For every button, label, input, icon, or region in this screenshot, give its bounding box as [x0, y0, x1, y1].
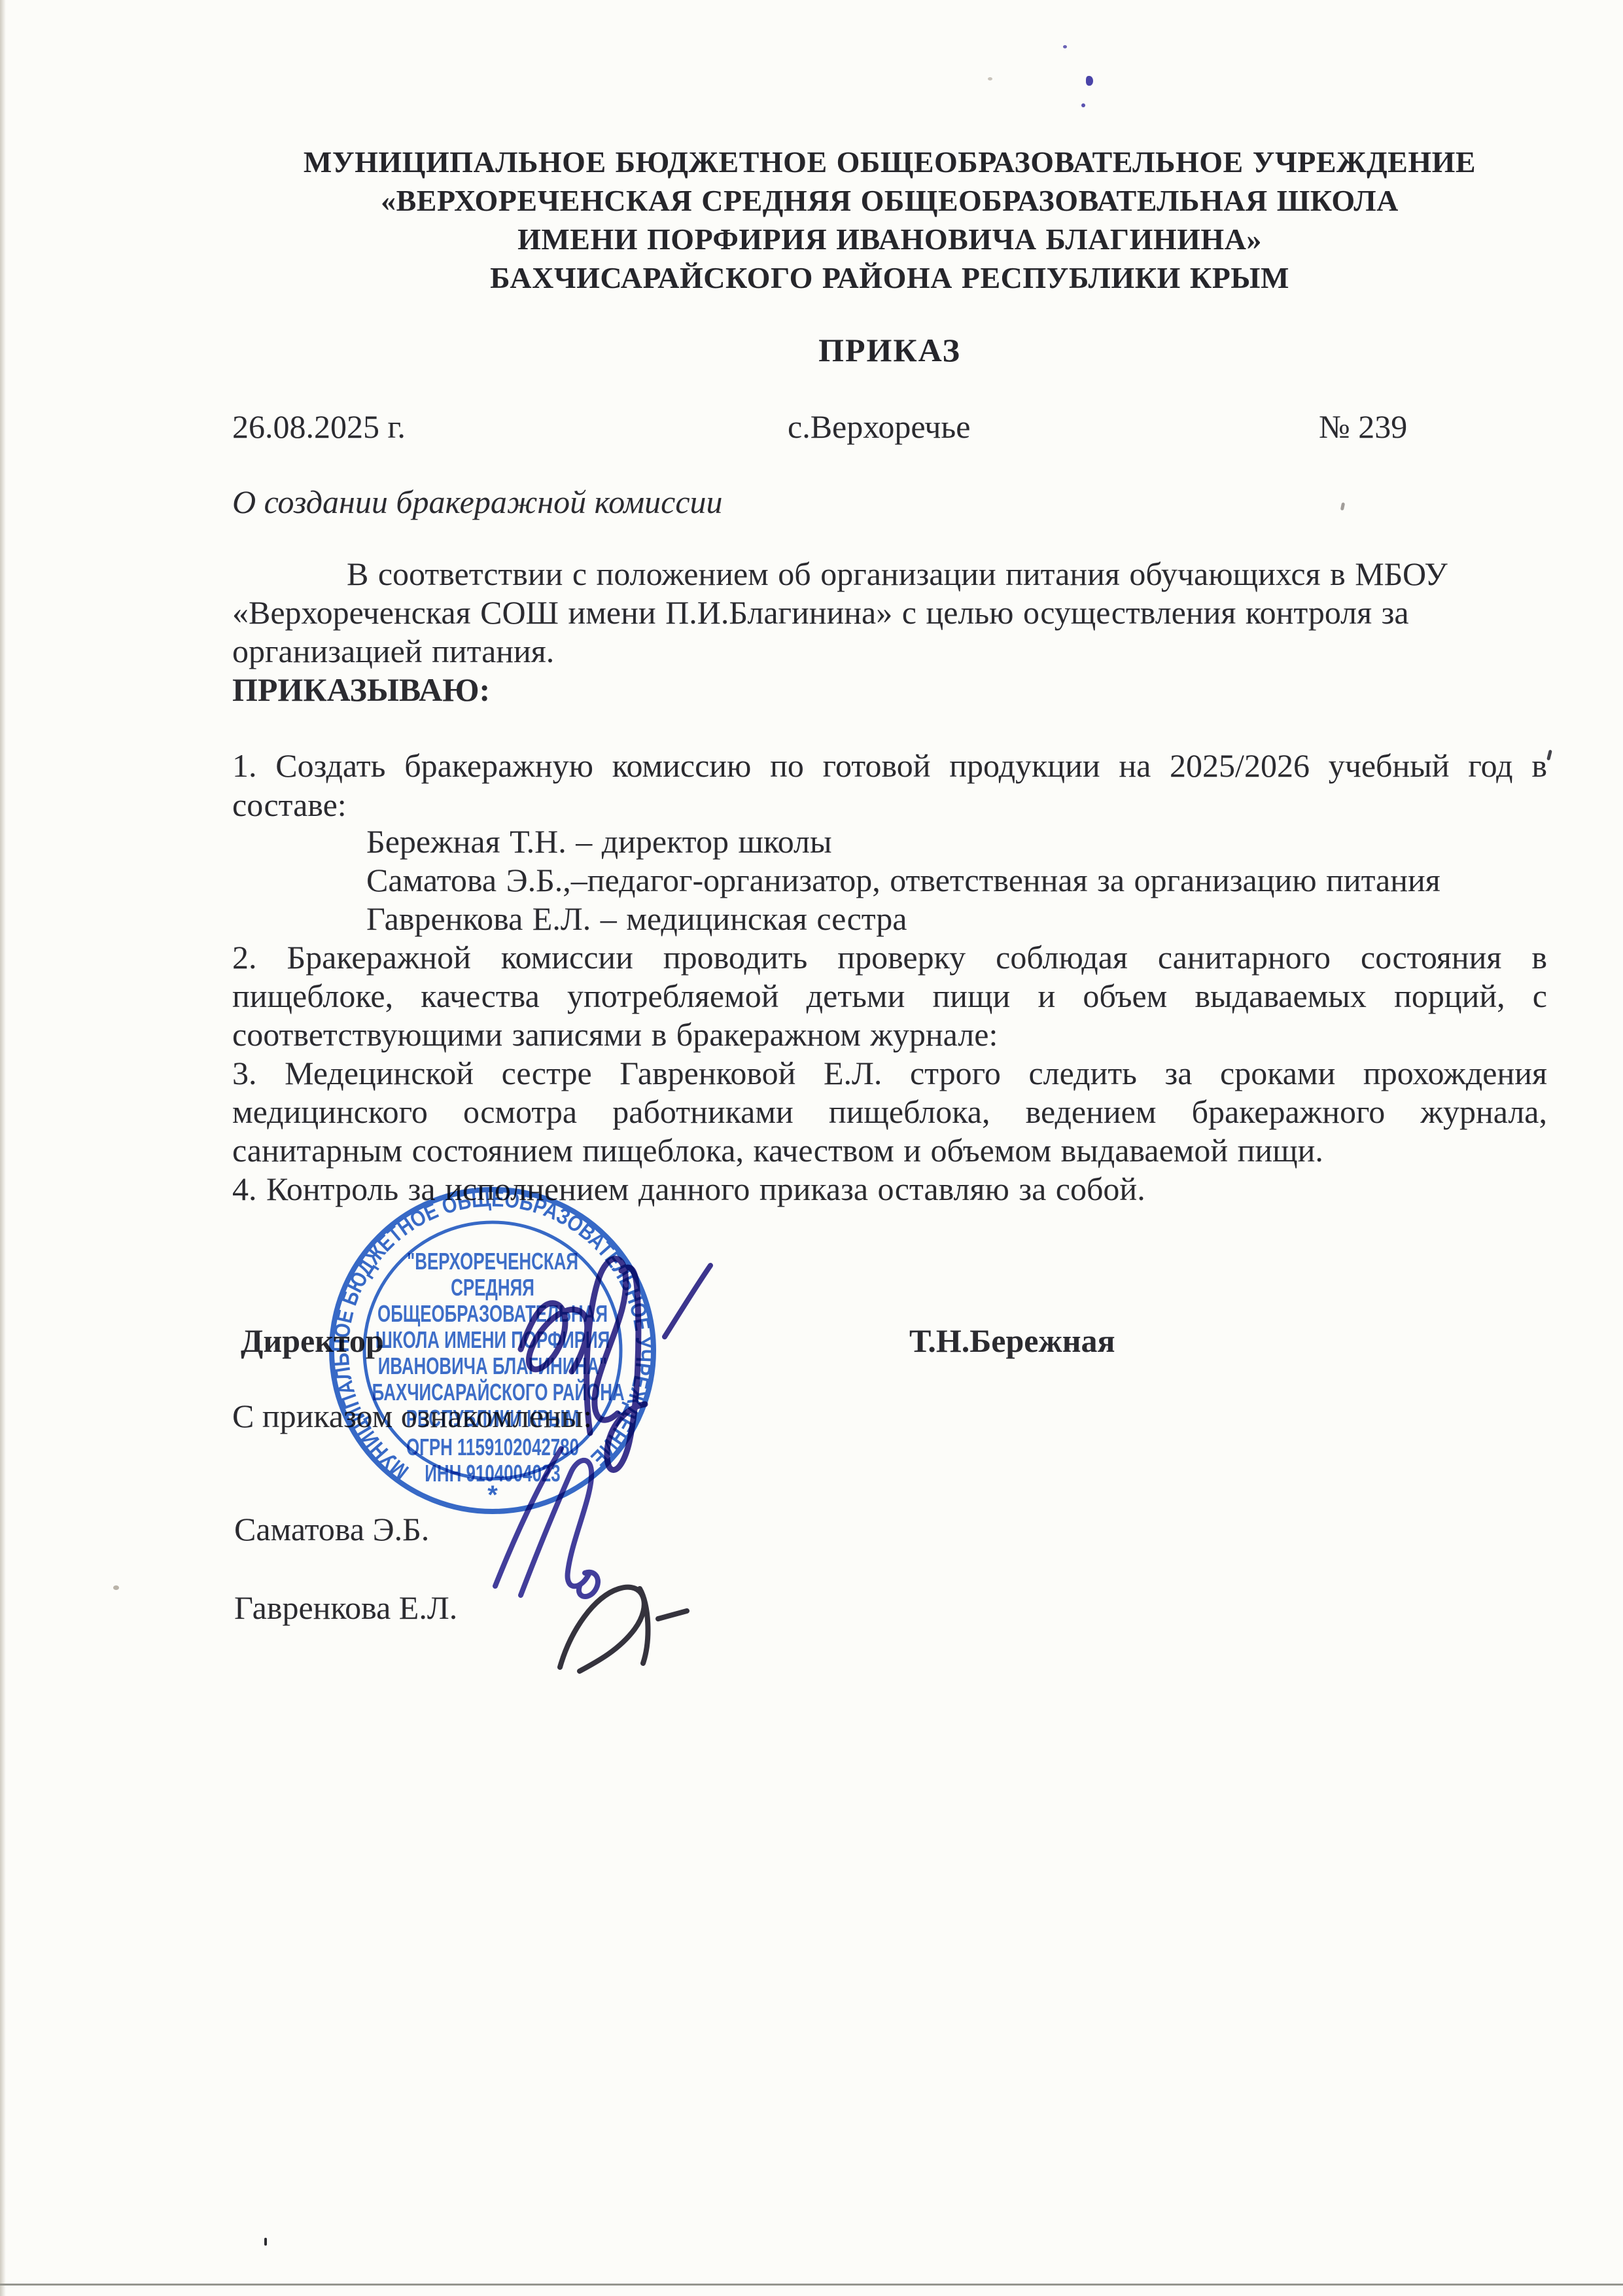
scanned-order-page: МУНИЦИПАЛЬНОЕ БЮДЖЕТНОЕ ОБЩЕОБРАЗОВАТЕЛЬ…: [0, 0, 1623, 2296]
order-place: с.Верхоречье: [788, 408, 970, 446]
item-line: медицинского осмотра работниками пищебло…: [232, 1093, 1547, 1131]
stamp-center-line: ШКОЛА ИМЕНИ ПОРФИРИЯ: [372, 1327, 614, 1353]
org-name-header: МУНИЦИПАЛЬНОЕ БЮДЖЕТНОЕ ОБЩЕОБРАЗОВАТЕЛЬ…: [232, 143, 1547, 297]
order-subject: О создании бракеражной комиссии: [232, 483, 723, 521]
intro-line: организацией питания.: [232, 632, 1547, 671]
order-number: № 239: [1319, 408, 1407, 446]
stamp-center-line: СРЕДНЯЯ: [372, 1275, 614, 1301]
commission-member: Гавренкова Е.Л. – медицинская сестра: [366, 900, 1547, 938]
stamp-center-line: "ВЕРХОРЕЧЕНСКАЯ: [372, 1248, 614, 1275]
org-name-line: «ВЕРХОРЕЧЕНСКАЯ СРЕДНЯЯ ОБЩЕОБРАЗОВАТЕЛЬ…: [232, 181, 1547, 220]
org-name-line: БАХЧИСАРАЙСКОГО РАЙОНА РЕСПУБЛИКИ КРЫМ: [232, 258, 1547, 297]
org-name-line: МУНИЦИПАЛЬНОЕ БЮДЖЕТНОЕ ОБЩЕОБРАЗОВАТЕЛЬ…: [232, 143, 1547, 181]
stamp-center-line: ОБЩЕОБРАЗОВАТЕЛЬНАЯ: [372, 1301, 614, 1327]
signee-gavrenkova: Гавренкова Е.Л.: [234, 1589, 457, 1627]
intro-line: «Верхореченская СОШ имени П.И.Благинина»…: [232, 593, 1547, 632]
item-line: 2. Бракеражной комиссии проводить провер…: [232, 938, 1547, 977]
stamp-center-line: РЕСПУБЛИКИ КРЫМ: [372, 1405, 614, 1432]
order-item-1: 1. Создать бракеражную комиссию по готов…: [232, 746, 1547, 824]
director-signature-slash-stroke: [665, 1265, 710, 1337]
item-line: составе:: [232, 785, 1547, 824]
commission-member: Саматова Э.Б.,–педагог-организатор, отве…: [366, 861, 1547, 900]
scan-left-edge: [0, 0, 6, 2296]
ink-speck: [1081, 103, 1085, 107]
scan-tick-mark: [264, 2238, 267, 2246]
item-line: пищеблоке, качества употребляемой детьми…: [232, 977, 1547, 1016]
stamp-center-line: ИВАНОВИЧА БЛАГИНИНА": [372, 1353, 614, 1379]
stray-apostrophe-mark: [1546, 750, 1552, 761]
commission-members-list: Бережная Т.Н. – директор школы Саматова …: [366, 822, 1547, 938]
stamp-center-line: БАХЧИСАРАЙСКОГО РАЙОНА: [372, 1379, 614, 1405]
item-line: санитарным состоянием пищеблока, качеств…: [232, 1131, 1547, 1170]
stray-mark: [1340, 503, 1345, 511]
ink-speck: [1063, 45, 1067, 48]
org-name-line: ИМЕНИ ПОРФИРИЯ ИВАНОВИЧА БЛАГИНИНА»: [232, 220, 1547, 258]
scan-bottom-edge-line: [0, 2284, 1623, 2286]
ink-speck: [1086, 76, 1093, 86]
document-title: ПРИКАЗ: [232, 331, 1547, 369]
director-name: Т.Н.Бережная: [909, 1322, 1115, 1360]
stamp-center-text: "ВЕРХОРЕЧЕНСКАЯ СРЕДНЯЯ ОБЩЕОБРАЗОВАТЕЛЬ…: [325, 1248, 660, 1487]
commission-member: Бережная Т.Н. – директор школы: [366, 822, 1547, 861]
intro-paragraph: В соответствии с положением об организац…: [232, 555, 1547, 671]
order-item-2: 2. Бракеражной комиссии проводить провер…: [232, 938, 1547, 1054]
gavrenkova-handwritten-signature: [560, 1587, 687, 1671]
item-line: 3. Медецинской сестре Гавренковой Е.Л. с…: [232, 1054, 1547, 1093]
order-date: 26.08.2025 г.: [232, 408, 406, 446]
item-line: соответствующими записями в бракеражном …: [232, 1016, 1547, 1054]
intro-line: В соответствии с положением об организац…: [232, 555, 1547, 593]
stamp-ogrn-line: ОГРН 1159102042780: [372, 1434, 614, 1460]
item-line: 1. Создать бракеражную комиссию по готов…: [232, 746, 1547, 785]
stamp-inn-line: ИНН 9104004023: [372, 1460, 614, 1487]
order-item-3: 3. Медецинской сестре Гавренковой Е.Л. с…: [232, 1054, 1547, 1170]
resolve-word: ПРИКАЗЫВАЮ:: [232, 671, 1547, 709]
paper-speck: [988, 77, 992, 80]
paper-speck: [113, 1585, 119, 1590]
